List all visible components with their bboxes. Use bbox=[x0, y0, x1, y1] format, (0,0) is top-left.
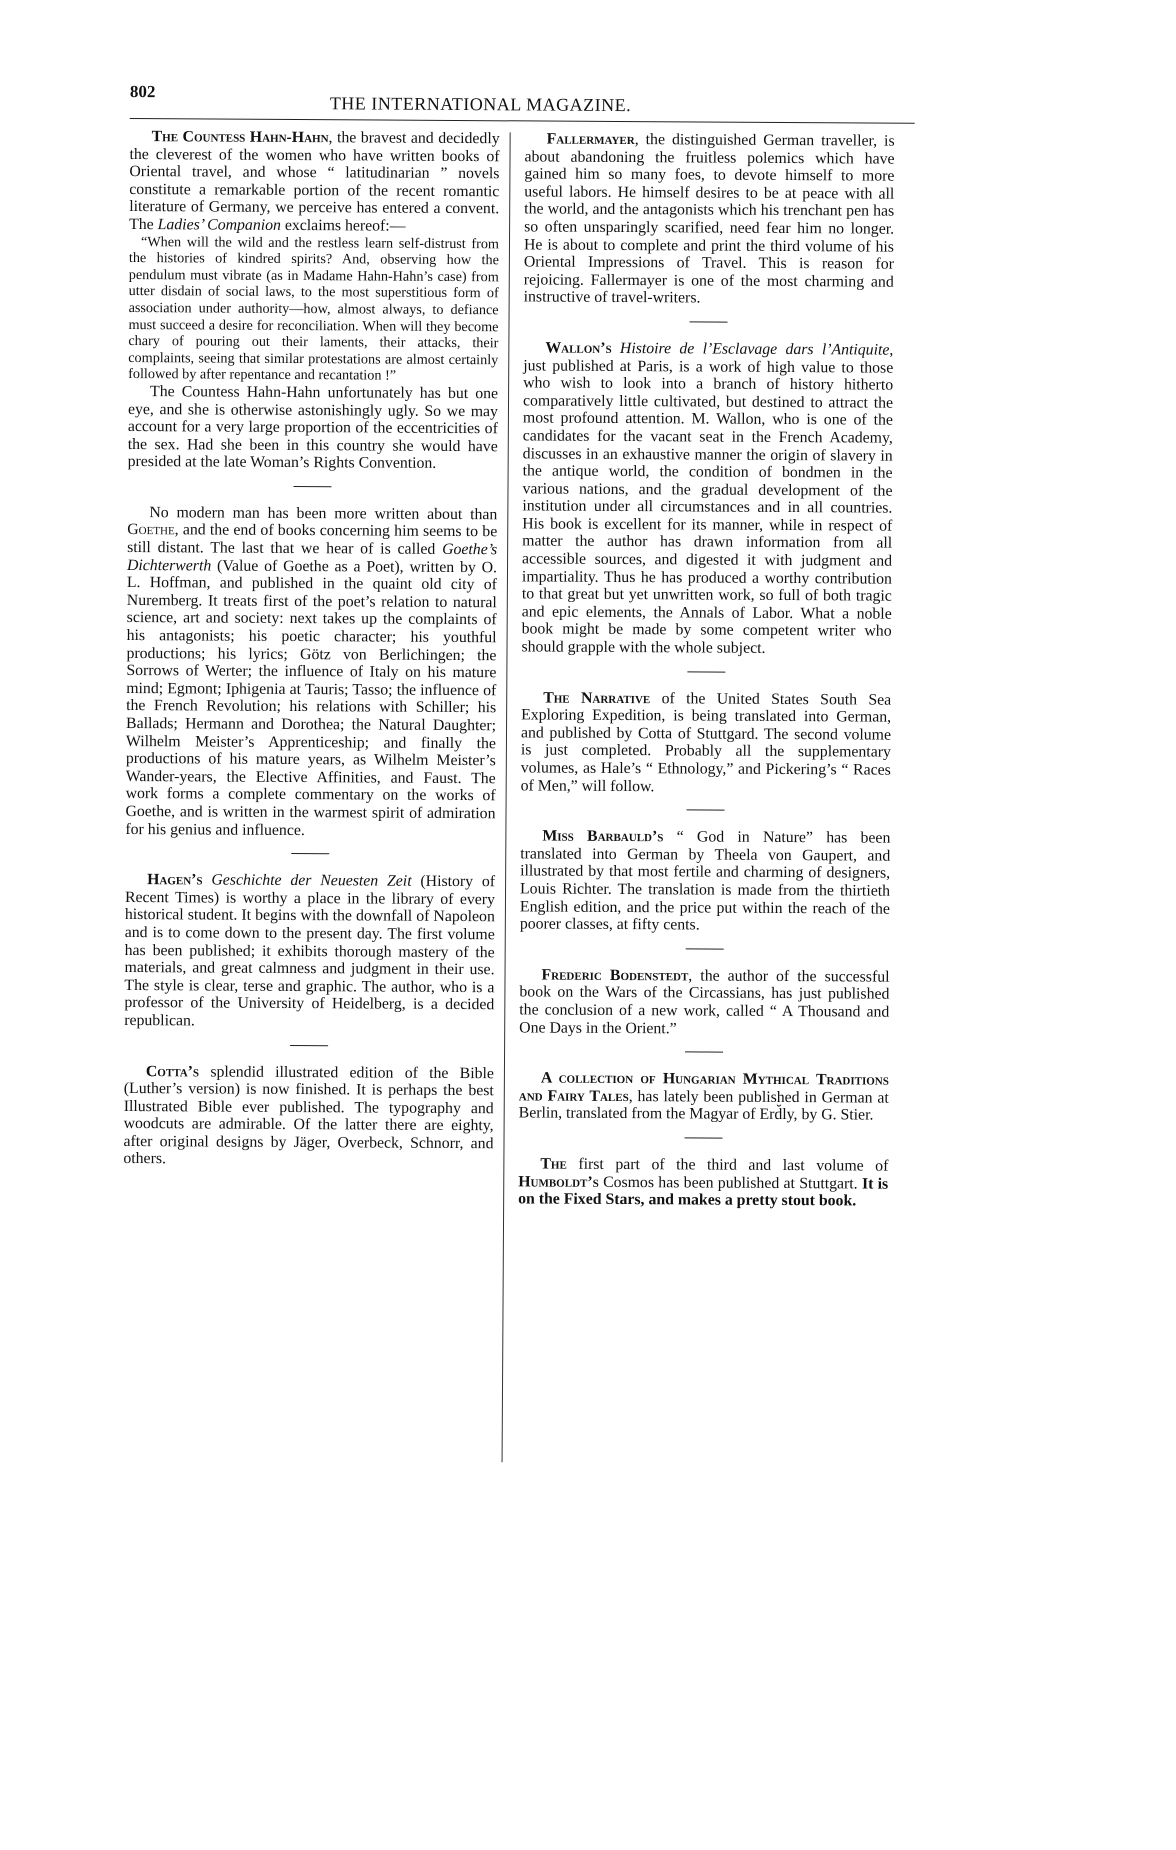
section-rule bbox=[685, 1137, 723, 1138]
article-lead-name: Cotta’s bbox=[146, 1063, 199, 1080]
article-barbauld: Miss Barbauld’s “ God in Nature” has bee… bbox=[520, 828, 891, 936]
paragraph: Miss Barbauld’s “ God in Nature” has bee… bbox=[520, 828, 891, 936]
section-rule bbox=[290, 1044, 328, 1045]
article-goethe: No modern man has been more written abou… bbox=[125, 504, 497, 841]
article-hahn-hahn: The Countess Hahn-Hahn, the bravest and … bbox=[128, 128, 500, 473]
paragraph: Wallon’s Histoire de l’Esclavage dars l’… bbox=[521, 339, 893, 658]
article-bodenstedt: Frederic Bodenstedt, the author of the s… bbox=[519, 966, 889, 1039]
paragraph: Hagen’s Geschichte der Neuesten Zeit (Hi… bbox=[124, 871, 495, 1032]
article-lead-word: The bbox=[540, 1155, 567, 1172]
left-column: The Countess Hahn-Hahn, the bravest and … bbox=[122, 128, 510, 1462]
article-lead-name: Hagen’s bbox=[147, 871, 203, 888]
paragraph: No modern man has been more written abou… bbox=[125, 504, 497, 841]
article-lead-name: Humboldt’s bbox=[518, 1173, 599, 1190]
article-lead-name: Miss Barbauld’s bbox=[542, 828, 663, 846]
magazine-page: 802 THE INTERNATIONAL MAGAZINE. The Coun… bbox=[119, 78, 914, 1803]
magazine-title: THE INTERNATIONAL MAGAZINE. bbox=[330, 93, 631, 116]
paragraph: The first part of the third and last vol… bbox=[518, 1155, 888, 1210]
right-column: Fallermayer, the distinguished German tr… bbox=[511, 130, 895, 1464]
section-rule bbox=[690, 321, 728, 322]
paragraph: Fallermayer, the distinguished German tr… bbox=[524, 130, 895, 308]
article-narrative: The Narrative of the United States South… bbox=[521, 689, 892, 797]
section-rule bbox=[687, 810, 725, 811]
article-hagen: Hagen’s Geschichte der Neuesten Zeit (Hi… bbox=[124, 871, 495, 1032]
page-number: 802 bbox=[130, 82, 156, 102]
two-column-body: The Countess Hahn-Hahn, the bravest and … bbox=[122, 128, 915, 1465]
section-rule bbox=[294, 486, 332, 487]
section-rule bbox=[687, 671, 725, 672]
paragraph: A collection of Hungarian Mythical Tradi… bbox=[519, 1070, 889, 1125]
paragraph: The Countess Hahn-Hahn unfortunately has… bbox=[128, 383, 499, 473]
article-lead-name: The Countess Hahn-Hahn bbox=[152, 128, 329, 146]
paragraph: Cotta’s splendid illustrated edition of … bbox=[123, 1062, 494, 1170]
block-quote: “When will the wild and the restless lea… bbox=[128, 234, 499, 386]
book-title: Histoire de l’Esclavage dars l’Antiquite bbox=[620, 340, 890, 359]
running-head: 802 THE INTERNATIONAL MAGAZINE. bbox=[130, 78, 915, 119]
journal-title: Ladies’ Companion bbox=[158, 216, 281, 234]
header-rule bbox=[130, 118, 915, 124]
section-rule bbox=[685, 1052, 723, 1053]
article-lead-name: Wallon’s bbox=[545, 339, 611, 356]
article-cotta: Cotta’s splendid illustrated edition of … bbox=[123, 1062, 494, 1170]
section-rule bbox=[686, 948, 724, 949]
section-rule bbox=[291, 853, 329, 854]
book-title: Geschichte der Neuesten Zeit bbox=[211, 872, 411, 890]
article-lead-name: Goethe bbox=[127, 521, 175, 538]
article-wallon: Wallon’s Histoire de l’Esclavage dars l’… bbox=[521, 339, 893, 658]
paragraph: The Countess Hahn-Hahn, the bravest and … bbox=[129, 128, 500, 236]
article-fallermayer: Fallermayer, the distinguished German tr… bbox=[524, 130, 895, 308]
article-lead-name: Fallermayer bbox=[547, 131, 635, 149]
article-hungarian-tales: A collection of Hungarian Mythical Tradi… bbox=[519, 1070, 889, 1125]
article-lead-name: The Narrative bbox=[543, 689, 650, 707]
article-lead-name: Frederic Bodenstedt bbox=[541, 966, 688, 984]
paragraph: Frederic Bodenstedt, the author of the s… bbox=[519, 966, 889, 1039]
paragraph: The Narrative of the United States South… bbox=[521, 689, 892, 797]
article-humboldt: The first part of the third and last vol… bbox=[518, 1155, 888, 1210]
